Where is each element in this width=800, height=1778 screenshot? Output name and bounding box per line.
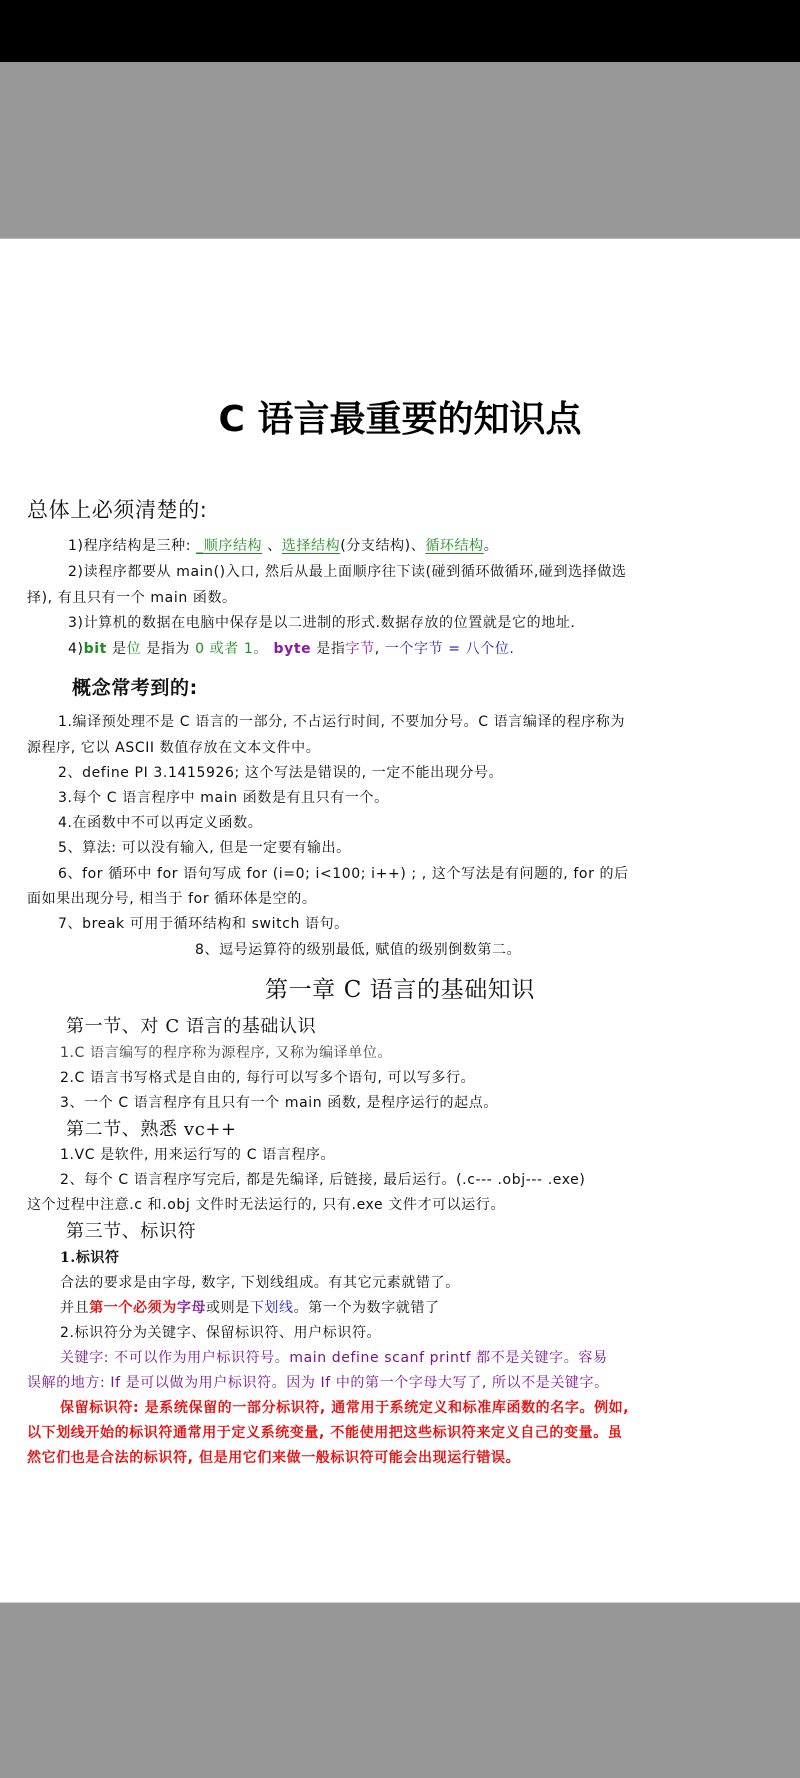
item4-refers2: 是指 <box>311 641 345 657</box>
rule-mid: 或则是 <box>206 1300 250 1316</box>
overall-item-2-line2: 择), 有且只有一个 main 函数。 <box>27 589 237 607</box>
byte-term: byte <box>268 641 311 657</box>
concept-item-6-line2: 面如果出现分号, 相当于 for 循环体是空的。 <box>27 890 316 908</box>
concept-item-3: 3.每个 C 语言程序中 main 函数是有且只有一个。 <box>58 789 389 807</box>
concept-item-5: 5、算法: 可以没有输入, 但是一定要有输出。 <box>58 839 351 857</box>
identifier-subheading: 1.标识符 <box>60 1249 120 1267</box>
item4-comma: , <box>375 641 385 657</box>
byte-equals-bits: 一个字节 = 八个位. <box>385 641 515 657</box>
sequential-structure: _顺序结构 <box>196 538 262 554</box>
bit-term: bit <box>84 641 107 657</box>
loop-structure: 循环结构 <box>425 538 483 554</box>
item4-is: 是 <box>107 641 127 657</box>
reserved-line-1: 保留标识符: 是系统保留的一部分标识符, 通常用于系统定义和标准库函数的名字。例… <box>60 1399 629 1417</box>
heading-concepts: 概念常考到的: <box>72 676 198 700</box>
rule-letter-text: 字母 <box>177 1300 206 1316</box>
concept-item-8: 8、逗号运算符的级别最低, 赋值的级别倒数第二。 <box>195 941 521 959</box>
identifier-types: 2.标识符分为关键字、保留标识符、用户标识符。 <box>60 1324 381 1342</box>
item1-prefix: 1)程序结构是三种: <box>68 538 196 554</box>
wei-term: 位 <box>127 641 142 657</box>
section-2-item-2-line2: 这个过程中注意.c 和.obj 文件时无法运行的, 只有.exe 文件才可以运行… <box>27 1196 505 1214</box>
section-1-item-2: 2.C 语言书写格式是自由的, 每行可以写多个语句, 可以写多行。 <box>60 1069 475 1087</box>
item1-sep: 、 <box>262 538 282 554</box>
concept-item-2: 2、define PI 3.1415926; 这个写法是错误的, 一定不能出现分… <box>58 764 503 782</box>
item1-end: 。 <box>484 538 499 554</box>
rule-red-text: 第一个必须为 <box>89 1300 177 1316</box>
overall-item-2-line1: 2)读程序都要从 main()入口, 然后从最上面顺序往下读(碰到循环做循环,碰… <box>68 563 627 581</box>
top-black-bar <box>0 0 800 62</box>
item1-mid: (分支结构)、 <box>340 538 425 554</box>
section-3-heading: 第三节、标识符 <box>66 1220 196 1244</box>
concept-item-7: 7、break 可用于循环结构和 switch 语句。 <box>58 915 349 933</box>
concept-item-1-line2: 源程序, 它以 ASCII 数值存放在文本文件中。 <box>27 739 320 757</box>
zijie-term: 字节 <box>345 641 374 657</box>
identifier-first-char-rule: 并且第一个必须为字母或则是下划线。第一个为数字就错了 <box>60 1299 440 1317</box>
top-gray-margin <box>0 62 800 239</box>
identifier-legal-rule: 合法的要求是由字母, 数字, 下划线组成。有其它元素就错了。 <box>60 1274 460 1292</box>
item4-refers: 是指为 <box>141 641 190 657</box>
concept-item-6-line1: 6、for 循环中 for 语句写成 for (i=0; i<100; i++)… <box>58 865 629 883</box>
reserved-line-2: 以下划线开始的标识符通常用于定义系统变量, 不能使用把这些标识符来定义自己的变量… <box>27 1424 622 1442</box>
rule-prefix: 并且 <box>60 1300 89 1316</box>
overall-item-3: 3)计算机的数据在电脑中保存是以二进制的形式.数据存放的位置就是它的地址. <box>68 614 575 632</box>
item4-prefix: 4) <box>68 641 84 657</box>
section-2-heading: 第二节、熟悉 vc++ <box>66 1118 237 1142</box>
bottom-gray-margin <box>0 1602 800 1778</box>
section-1-item-1: 1.C 语言编写的程序称为源程序, 又称为编译单位。 <box>60 1044 392 1062</box>
section-2-item-1: 1.VC 是软件, 用来运行写的 C 语言程序。 <box>60 1146 335 1164</box>
chapter-1-heading: 第一章 C 语言的基础知识 <box>0 975 800 1005</box>
keywords-line-2: 误解的地方: If 是可以做为用户标识符。因为 If 中的第一个字母大写了, 所… <box>27 1374 609 1392</box>
heading-overall: 总体上必须清楚的: <box>27 497 207 523</box>
section-2-item-2-line1: 2、每个 C 语言程序写完后, 都是先编译, 后链接, 最后运行。(.c--- … <box>60 1171 585 1189</box>
rule-underscore-text: 下划线 <box>250 1300 294 1316</box>
document-title: C 语言最重要的知识点 <box>0 398 800 442</box>
overall-item-1: 1)程序结构是三种: _顺序结构 、选择结构(分支结构)、循环结构。 <box>68 537 498 555</box>
selection-structure: 选择结构 <box>282 538 340 554</box>
overall-item-4: 4)bit 是位 是指为 0 或者 1。 byte 是指字节, 一个字节 = 八… <box>68 640 514 658</box>
section-1-item-3: 3、一个 C 语言程序有且只有一个 main 函数, 是程序运行的起点。 <box>60 1094 498 1112</box>
rule-suffix: 。第一个为数字就错了 <box>294 1300 440 1316</box>
concept-item-4: 4.在函数中不可以再定义函数。 <box>58 814 262 832</box>
keywords-line-1: 关键字: 不可以作为用户标识符号。main define scanf print… <box>60 1349 608 1367</box>
reserved-line-3: 然它们也是合法的标识符, 但是用它们来做一般标识符可能会出现运行错误。 <box>27 1449 520 1467</box>
zero-or-one: 0 或者 1。 <box>190 641 268 657</box>
concept-item-1-line1: 1.编译预处理不是 C 语言的一部分, 不占运行时间, 不要加分号。C 语言编译… <box>58 713 625 731</box>
section-1-heading: 第一节、对 C 语言的基础认识 <box>66 1015 316 1039</box>
